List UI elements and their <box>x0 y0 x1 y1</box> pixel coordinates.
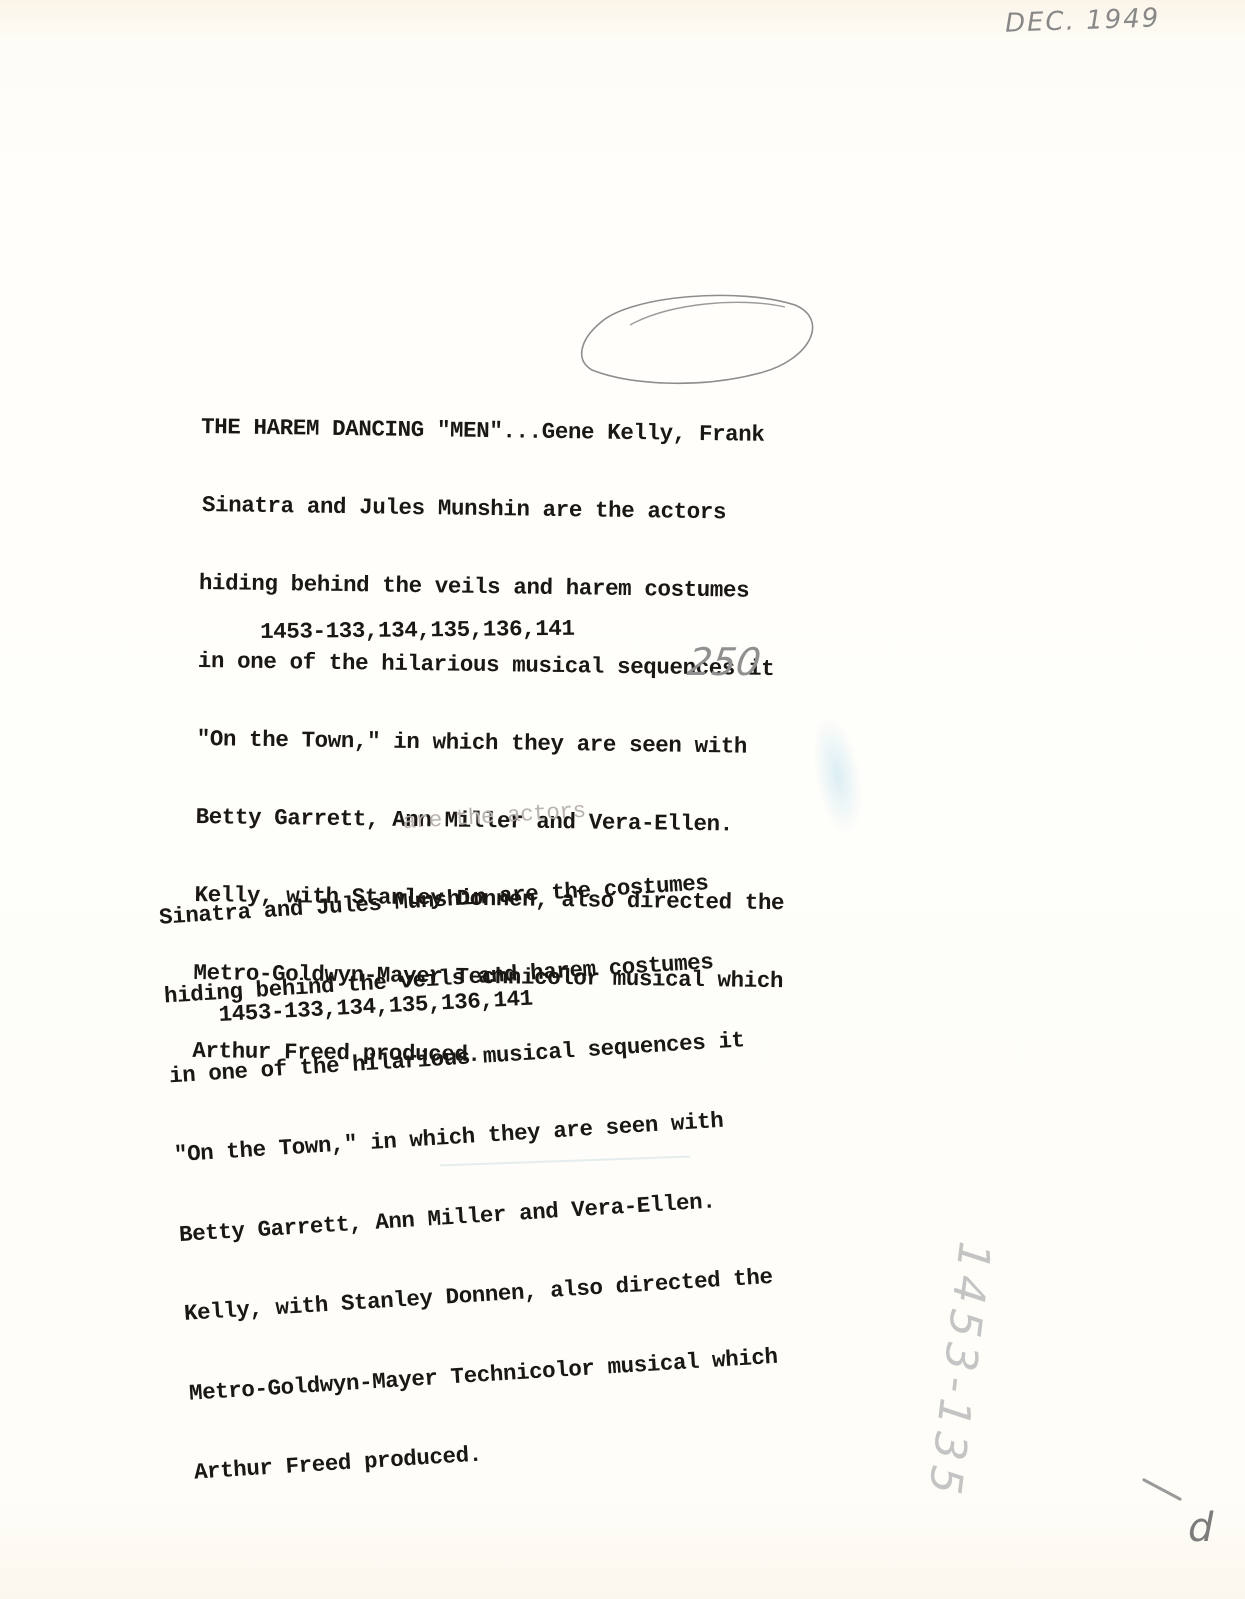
handwritten-date: DEC. 1949 <box>1005 3 1161 38</box>
caption-duplicate: are the actors Sinatra and Jules Munshin… <box>150 735 787 1539</box>
caption-line: Metro-Goldwyn-Mayer Technicolor musical … <box>188 1343 778 1406</box>
caption-line: Kelly, with Stanley Donnen, also directe… <box>183 1264 773 1327</box>
handwritten-number: 250 <box>685 640 764 684</box>
caption-line: THE HAREM DANCING "MEN"...Gene Kelly, Fr… <box>201 414 791 448</box>
caption-line: in one of the hilarious musical sequence… <box>168 1026 758 1089</box>
blue-smudge <box>805 712 870 838</box>
caption-line: hiding behind the veils and harem costum… <box>199 570 789 604</box>
caption-line: "On the Town," in which they are seen wi… <box>173 1105 763 1168</box>
caption-line: Arthur Freed produced. <box>193 1423 783 1486</box>
pencil-stroke <box>1142 1478 1182 1501</box>
handwritten-side-reference: 1453-135 <box>918 1239 1000 1503</box>
document-page: DEC. 1949 THE HAREM DANCING "MEN"...Gene… <box>0 0 1245 1599</box>
caption-line-faded: are the actors <box>153 788 743 851</box>
caption-line: Sinatra and Jules Munshin are the costum… <box>158 867 748 930</box>
photo-codes-primary: 1453-133,134,135,136,141 <box>260 616 575 645</box>
caption-line: Sinatra and Jules Munshin are the actors <box>202 492 790 526</box>
caption-line: Betty Garrett, Ann Miller and Vera-Ellen… <box>178 1185 768 1248</box>
handwritten-corner-mark: d <box>1188 1505 1213 1551</box>
